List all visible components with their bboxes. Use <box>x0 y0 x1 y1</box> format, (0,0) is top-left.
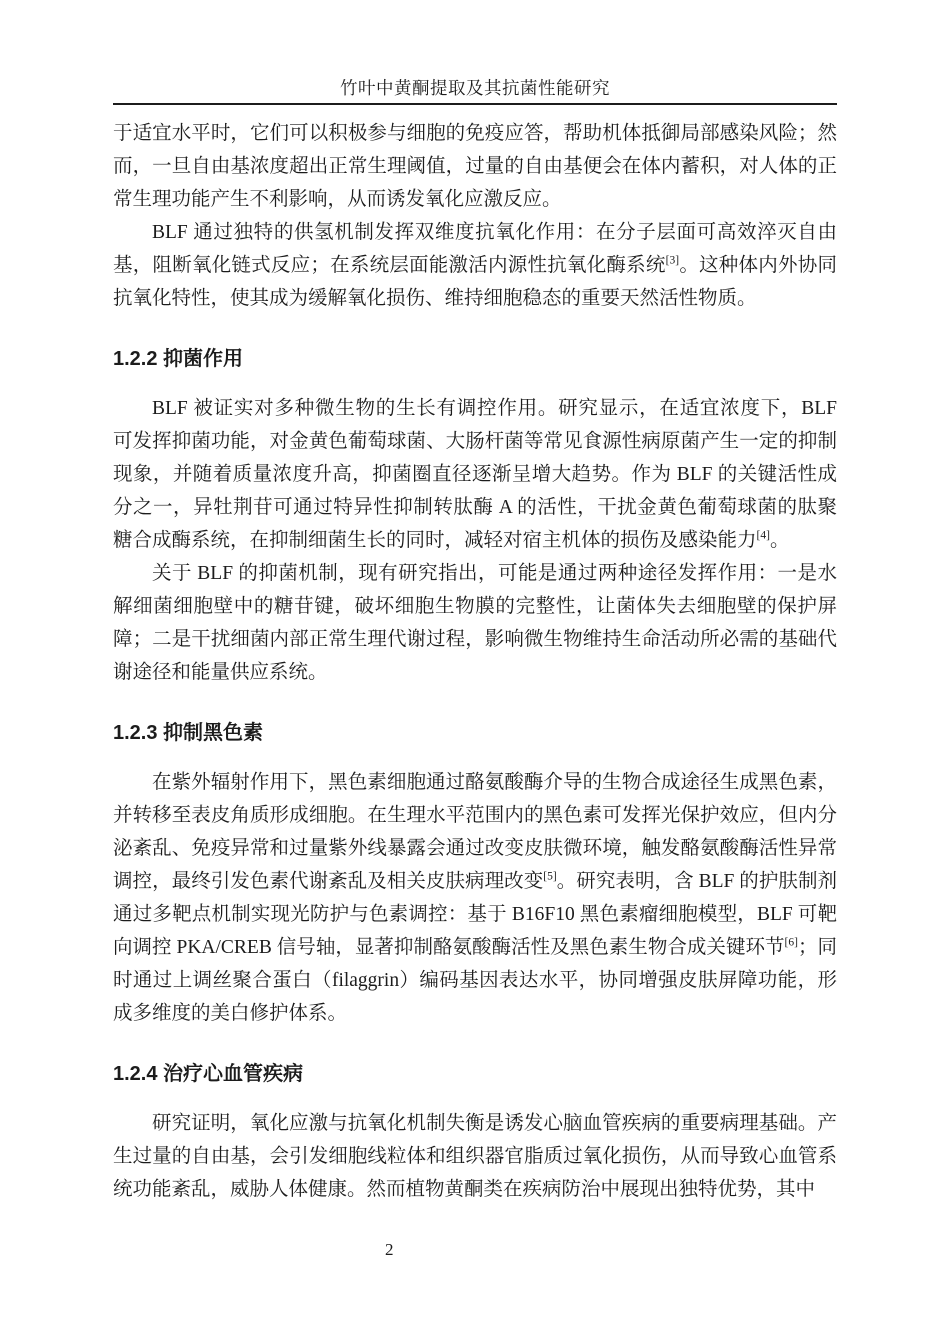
section-heading: 1.2.4 治疗心血管疾病 <box>113 1058 837 1091</box>
running-header-title: 竹叶中黄酮提取及其抗菌性能研究 <box>113 75 837 101</box>
paragraph: BLF 被证实对多种微生物的生长有调控作用。研究显示，在适宜浓度下，BLF 可发… <box>113 392 837 557</box>
section-heading: 1.2.3 抑制黑色素 <box>113 717 837 750</box>
paragraph: BLF 通过独特的供氢机制发挥双维度抗氧化作用：在分子层面可高效淬灭自由基，阻断… <box>113 216 837 315</box>
page-number: 2 <box>385 1238 394 1262</box>
paragraph: 关于 BLF 的抑菌机制，现有研究指出，可能是通过两种途径发挥作用：一是水解细菌… <box>113 557 837 689</box>
paragraph: 研究证明，氧化应激与抗氧化机制失衡是诱发心脑血管疾病的重要病理基础。产生过量的自… <box>113 1107 837 1206</box>
citation-superscript: [3] <box>666 255 679 267</box>
section-heading: 1.2.2 抑菌作用 <box>113 343 837 376</box>
running-header: 竹叶中黄酮提取及其抗菌性能研究 <box>113 0 837 105</box>
citation-superscript: [4] <box>757 530 770 542</box>
page-footer: 2 <box>0 1238 950 1268</box>
document-page: 竹叶中黄酮提取及其抗菌性能研究 于适宜水平时，它们可以积极参与细胞的免疫应答，帮… <box>0 0 950 1344</box>
citation-superscript: [5] <box>543 871 556 883</box>
paragraph: 于适宜水平时，它们可以积极参与细胞的免疫应答，帮助机体抵御局部感染风险；然而，一… <box>113 117 837 216</box>
citation-superscript: [6] <box>785 937 798 949</box>
document-body: 于适宜水平时，它们可以积极参与细胞的免疫应答，帮助机体抵御局部感染风险；然而，一… <box>113 117 837 1206</box>
paragraph: 在紫外辐射作用下，黑色素细胞通过酪氨酸酶介导的生物合成途径生成黑色素，并转移至表… <box>113 766 837 1030</box>
header-rule <box>113 103 837 105</box>
